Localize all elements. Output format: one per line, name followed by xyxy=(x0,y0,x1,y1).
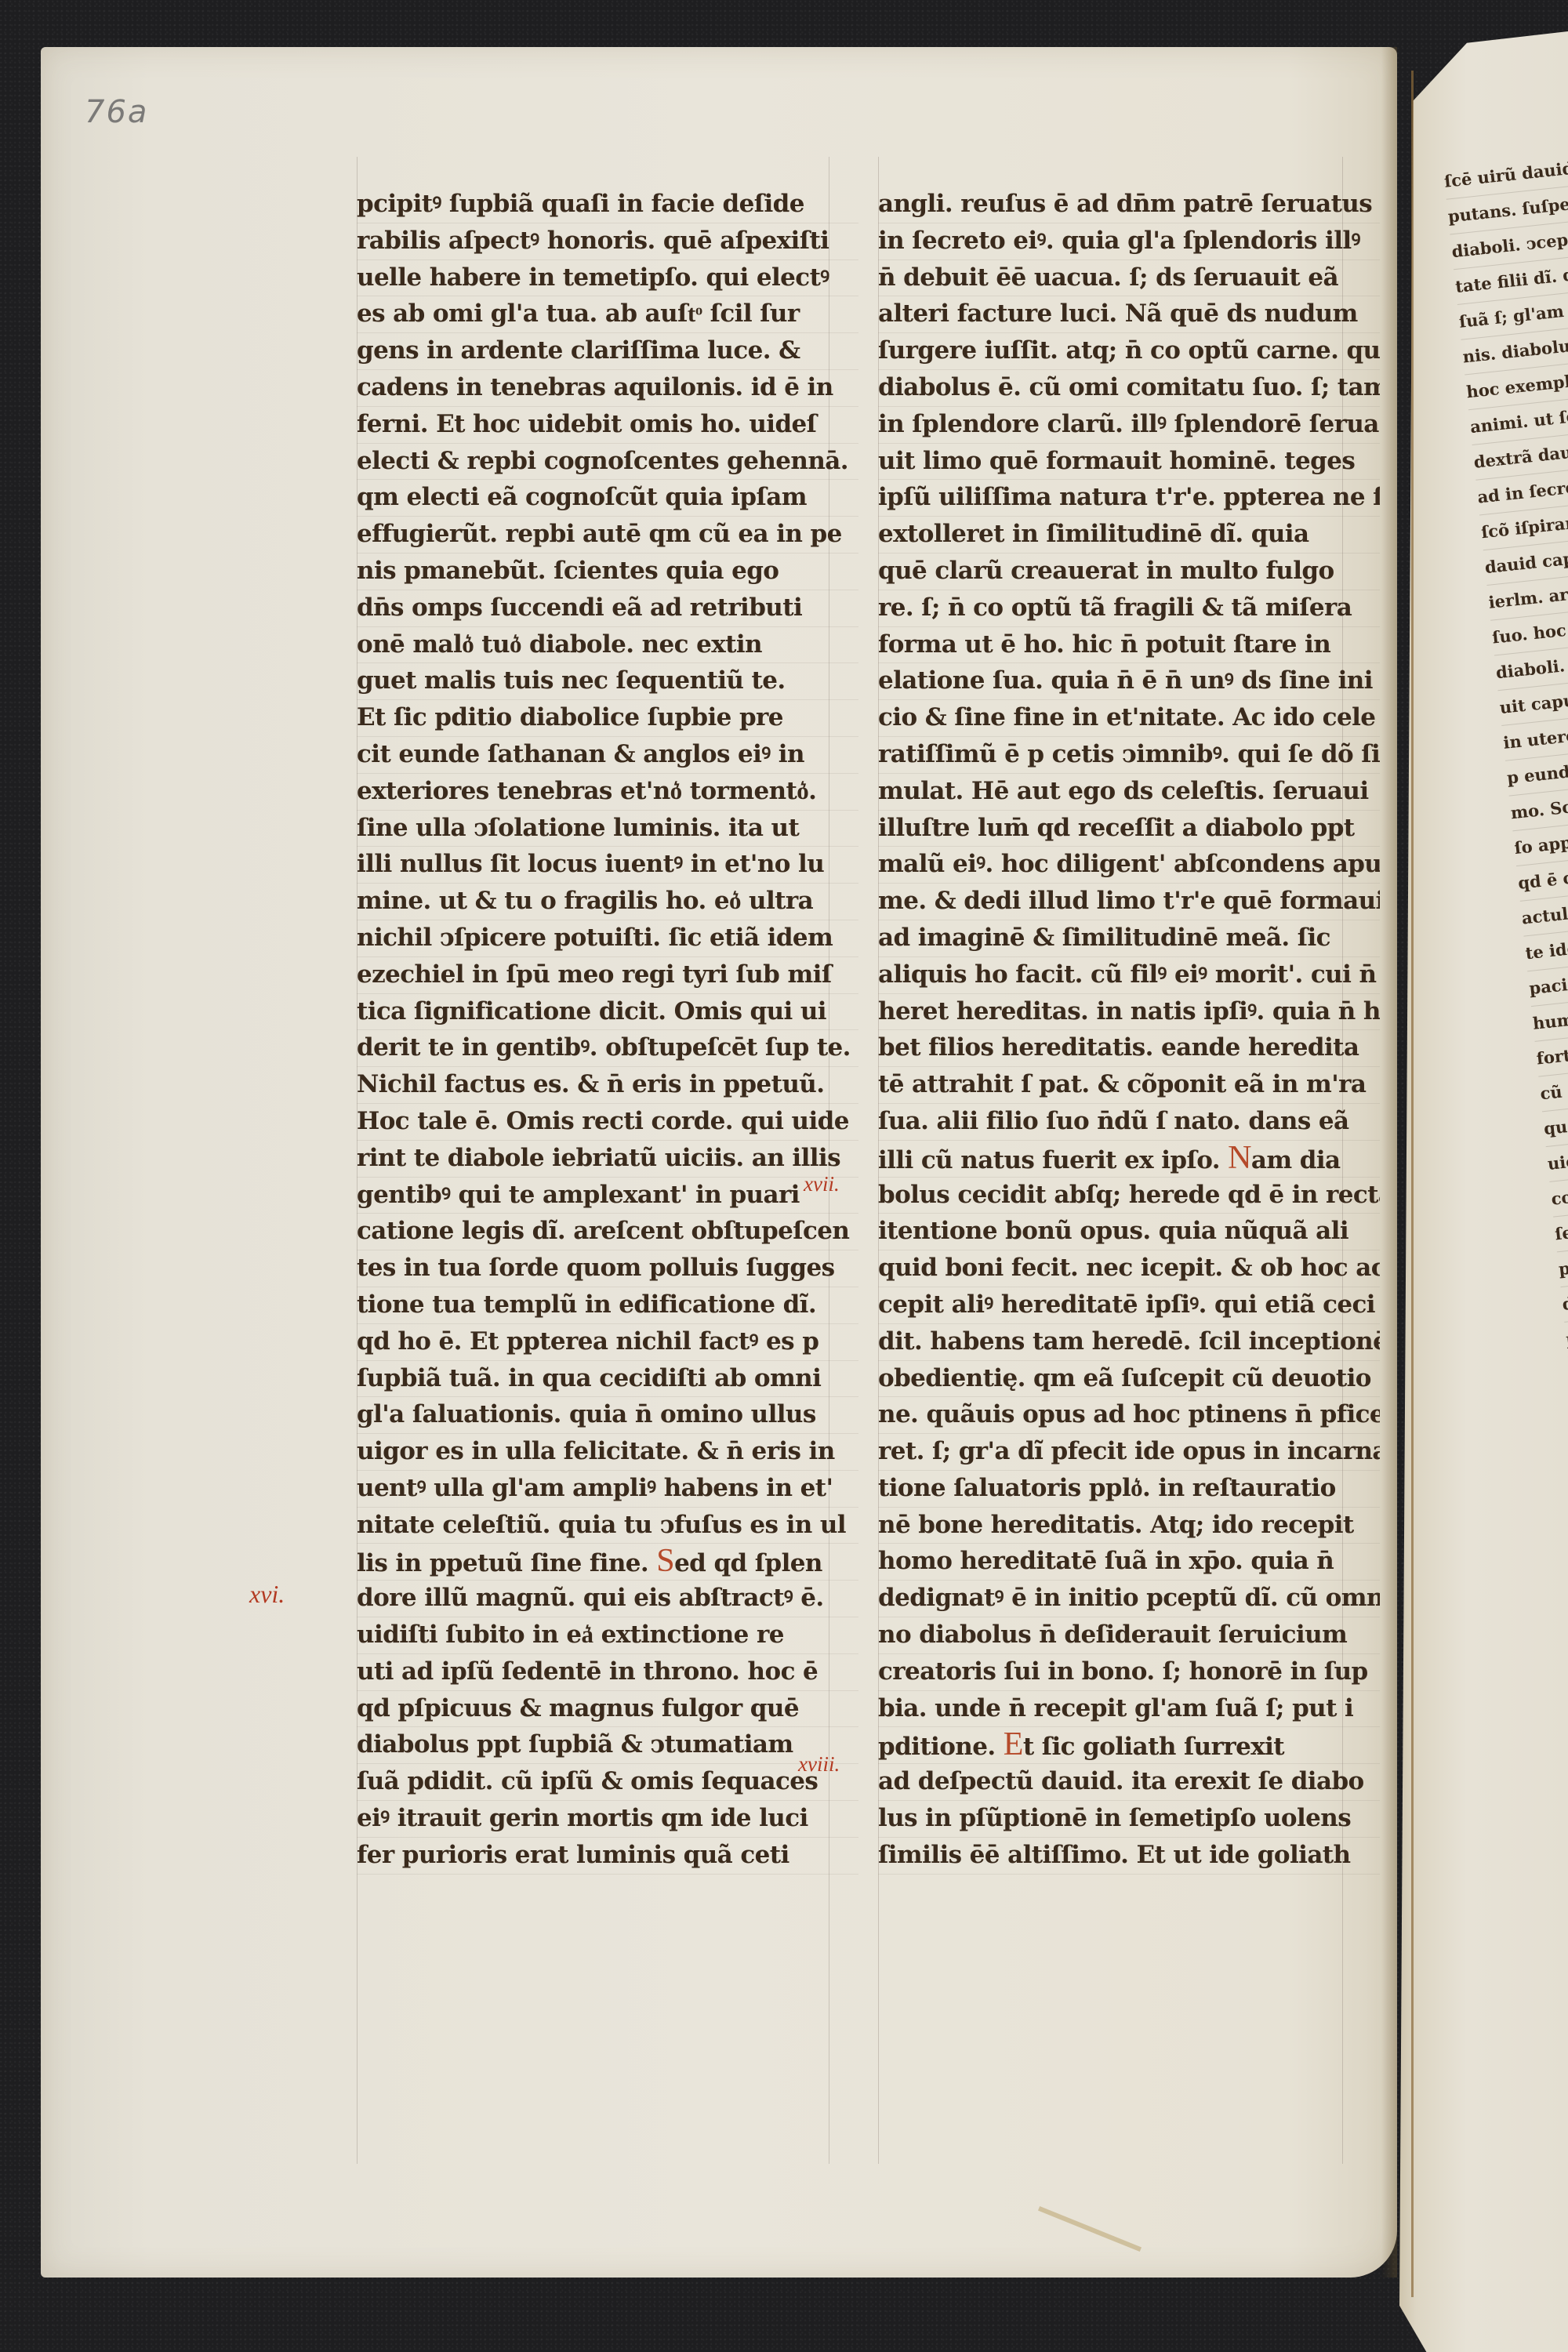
marginal-rubric-xviii: xviii. xyxy=(798,1752,840,1777)
column-b-line: ipſũ uiliſſima natura t'r'e. ppterea ne … xyxy=(878,480,1380,517)
column-a-line: nis pmanebũt. ſcientes quia ego xyxy=(357,554,858,590)
column-a-line: es ab omi gl'a tua. ab auſtͦ ſcil ſur xyxy=(357,296,858,333)
column-b-line: diabolus ē. cũ omi comitatu ſuo. ſ; tam xyxy=(878,370,1380,407)
column-b-line: cio & ſine fine in et'nitate. Ac ido cel… xyxy=(878,700,1380,737)
column-b-line: itentione bonũ opus. quia nũquã ali xyxy=(878,1214,1380,1250)
column-b-line: ne. quãuis opus ad hoc ptinens n̄ pfice xyxy=(878,1397,1380,1434)
column-b-line: alteri facture luci. Nã quē ds nudum xyxy=(878,296,1380,333)
column-a-line: ezechiel in ſpū meo regi tyri ſub miſ xyxy=(357,957,858,994)
column-a-line: eiꝰ itrauit gerin mortis qm ide luci xyxy=(357,1801,858,1838)
marginal-rubric-xvi: xvi. xyxy=(249,1580,285,1609)
column-b-line: quid boni fecit. nec icepit. & ob hoc ac xyxy=(878,1250,1380,1287)
column-a-line: rabilis aſpectꝰ honoris. quē aſpexiſti xyxy=(357,223,858,260)
column-a-line: ſine ulla ↄſolatione luminis. ita ut xyxy=(357,811,858,848)
rubricated-initial: S xyxy=(656,1544,674,1579)
rubricated-initial: N xyxy=(1228,1141,1251,1176)
column-a-line: mine. ut & tu o fragilis ho. eo͛ ultra xyxy=(357,884,858,920)
column-b-line: tē attrahit ſ pat. & cõponit eã in m'ra xyxy=(878,1067,1380,1104)
column-b-line: illuſtre lum̄ qd receſſit a diabolo ppt xyxy=(878,811,1380,848)
column-b-line: obedientię. qm eã ſuſcepit cũ deuotio xyxy=(878,1361,1380,1398)
column-a-line: uidiſti ſubito in ea͛ extinctione re xyxy=(357,1617,858,1654)
column-b-line: forma ut ē ho. hic n̄ potuit ſtare in xyxy=(878,627,1380,664)
column-b-line: elatione ſua. quia n̄ ē n̄ unꝰ ds ſine i… xyxy=(878,663,1380,700)
column-a-line: ſuã pdidit. cũ ipſũ & omis ſequaces xyxy=(357,1764,858,1801)
column-b-line: homo hereditatē ſuã in xp̄o. quia n̄ xyxy=(878,1544,1380,1581)
column-a-line: tica ſignificatione dicit. Omis qui ui xyxy=(357,994,858,1031)
column-a-line: ferni. Et hoc uidebit omis ho. uideſ xyxy=(357,407,858,444)
column-a-line: rint te diabole iebriatũ uiciis. an illi… xyxy=(357,1141,858,1178)
column-a-line: gentibꝰ qui te amplexant' in puari xyxy=(357,1178,858,1214)
column-a-line: gl'a ſaluationis. quia n̄ omino ullus xyxy=(357,1397,858,1434)
column-a-line: illi nullus ſit locus iuentꝰ in et'no lu xyxy=(357,847,858,884)
column-a-line: Hoc tale ē. Omis recti corde. qui uide xyxy=(357,1104,858,1141)
column-b-line: pditione. Et ſic goliath ſurrexit xyxy=(878,1727,1380,1764)
column-a-line: pcipitꝰ ſupbiã quaſi in facie deſide xyxy=(357,187,858,223)
column-b-line: in ſplendore clarũ. illꝰ ſplendorē ſerua xyxy=(878,407,1380,444)
column-b-line: ſua. alii filio ſuo n̄dũ ſ nato. dans eã xyxy=(878,1104,1380,1141)
column-a-line: derit te in gentibꝰ. obſtupeſcēt ſup te. xyxy=(357,1030,858,1067)
column-a-line: electi & repbi cognoſcentes gehennā. xyxy=(357,444,858,481)
column-b-line: mulat. Hē aut ego ds celeſtis. ſeruaui xyxy=(878,774,1380,811)
column-b-line: bolus cecidit abſq; herede qd ē in recta xyxy=(878,1178,1380,1214)
column-a-line: qd pſpicuus & magnus fulgor quē xyxy=(357,1691,858,1728)
column-b-line: n̄ debuit ēē uacua. ſ; ds ſeruauit eã xyxy=(878,260,1380,297)
column-b-line: ſurgere iuſſit. atq; n̄ co optũ carne. q… xyxy=(878,333,1380,370)
column-b-line: re. ſ; n̄ co optũ tã fragili & tã miſera xyxy=(878,590,1380,627)
column-a-line: gens in ardente clariſſima luce. & xyxy=(357,333,858,370)
column-b-line: quē clarũ creauerat in multo fulgo xyxy=(878,554,1380,590)
column-a-line: dore illũ magnũ. qui eis abſtractꝰ ē. xyxy=(357,1581,858,1617)
column-a-line: nitate celeſtiũ. quia tu ↄfuſus es in ul xyxy=(357,1508,858,1544)
column-a-line: uti ad ipſũ ſedentē in throno. hoc ē xyxy=(357,1654,858,1691)
column-a-line: qd ho ē. Et ppterea nichil factꝰ es p xyxy=(357,1324,858,1361)
column-b-line: ſimilis ēē altiſſimo. Et ut ide goliath xyxy=(878,1838,1380,1875)
gutter-fold xyxy=(1411,71,1414,2297)
column-a-line: Nichil factus es. & n̄ eris in ppetuũ. xyxy=(357,1067,858,1104)
column-a-line: qm electi eã cognoſcũt quia ipſam xyxy=(357,480,858,517)
column-b-line: ret. ſ; gr'a dĩ pfecit ide opus in incar… xyxy=(878,1434,1380,1471)
column-b-line: no diabolus n̄ deſiderauit ſeruicium xyxy=(878,1617,1380,1654)
marginal-rubric-xvii: xvii. xyxy=(804,1172,840,1196)
column-a-line: diabolus ppt ſupbiã & ↄtumatiam xyxy=(357,1727,858,1764)
column-b-line: ratiſſimũ ē p cetis ↄimnibꝰ. qui ſe dõ ſ… xyxy=(878,737,1380,774)
column-a-line: cit eunde ſathanan & anglos eiꝰ in xyxy=(357,737,858,774)
column-a-line: Et ſic pditio diabolice ſupbie pre xyxy=(357,700,858,737)
column-b-line: in ſecreto eiꝰ. quia gl'a ſplendoris ill… xyxy=(878,223,1380,260)
column-b-line: bia. unde n̄ recepit gl'am ſuã ſ; put i xyxy=(878,1691,1380,1728)
column-a-line: uentꝰ ulla gl'am ampliꝰ habens in et' xyxy=(357,1471,858,1508)
column-b-line: nē bone hereditatis. Atq; ido recepit xyxy=(878,1508,1380,1544)
column-b-line: dit. habens tam heredē. ſcil inceptionē xyxy=(878,1324,1380,1361)
column-a-line: fer purioris erat luminis quã ceti xyxy=(357,1838,858,1875)
folio-number: 76a xyxy=(85,94,148,130)
rubricated-initial: E xyxy=(1004,1727,1023,1762)
column-b-line: dedignatꝰ ē in initio pceptũ dĩ. cũ omni xyxy=(878,1581,1380,1617)
column-b-line: illi cũ natus fuerit ex ipſo. Nam dia xyxy=(878,1141,1380,1178)
column-b-line: uit limo quē formauit hominē. teges xyxy=(878,444,1380,481)
column-b-line: ad deſpectũ dauid. ita erexit ſe diabo xyxy=(878,1764,1380,1801)
column-b-line: aliquis ho facit. cũ filꝰ eiꝰ morit'. cu… xyxy=(878,957,1380,994)
column-a-line: tes in tua ſorde quom polluis ſugges xyxy=(357,1250,858,1287)
column-a-line: tione tua templũ in edificatione dĩ. xyxy=(357,1287,858,1324)
column-b-line: me. & dedi illud limo t'r'e quē formaui xyxy=(878,884,1380,920)
column-a-line: guet malis tuis nec ſequentiũ te. xyxy=(357,663,858,700)
column-a-line: cadens in tenebras aquilonis. id ē in xyxy=(357,370,858,407)
column-b-line: ad imaginē & ſimilitudinē meã. ſic xyxy=(878,920,1380,957)
column-b-line: malũ eiꝰ. hoc diligent' abſcondens apud xyxy=(878,847,1380,884)
text-column-right: angli. reuſus ē ad dn̄m patrē ſeruatusin… xyxy=(878,187,1380,1875)
column-a-line: lis in ppetuũ ſine fine. Sed qd ſplen xyxy=(357,1544,858,1581)
column-a-line: onē malo͛ tuo͛ diabole. nec extin xyxy=(357,627,858,664)
column-a-line: nichil ↄſpicere potuiſti. ſic etiã idem xyxy=(357,920,858,957)
text-column-left: pcipitꝰ ſupbiã quaſi in facie deſiderabi… xyxy=(357,187,858,1875)
column-a-line: exteriores tenebras et'no͛ tormento͛. xyxy=(357,774,858,811)
column-a-line: uigor es in ulla felicitate. & n̄ eris i… xyxy=(357,1434,858,1471)
column-b-line: creatoris ſui in bono. ſ; honorē in ſup xyxy=(878,1654,1380,1691)
column-a-line: uelle habere in temetipſo. qui electꝰ xyxy=(357,260,858,297)
column-b-line: angli. reuſus ē ad dn̄m patrē ſeruatus xyxy=(878,187,1380,223)
column-b-line: lus in pſũptionē in ſemetipſo uolens xyxy=(878,1801,1380,1838)
column-a-line: catione legis dĩ. areſcent obſtupeſcen xyxy=(357,1214,858,1250)
column-b-line: heret hereditas. in natis ipſiꝰ. quia n̄… xyxy=(878,994,1380,1031)
column-b-line: cepit aliꝰ hereditatē ipſiꝰ. qui etiã ce… xyxy=(878,1287,1380,1324)
column-a-line: effugierũt. repbi autē qm cũ ea in pe xyxy=(357,517,858,554)
column-a-line: dn̄s omps ſuccendi eã ad retributi xyxy=(357,590,858,627)
column-b-line: bet filios hereditatis. eande heredita xyxy=(878,1030,1380,1067)
column-b-line: tione ſaluatoris pplo͛. in reſtauratio xyxy=(878,1471,1380,1508)
column-b-line: extolleret in ſimilitudinē dĩ. quia xyxy=(878,517,1380,554)
column-a-line: ſupbiã tuã. in qua cecidiſti ab omni xyxy=(357,1361,858,1398)
